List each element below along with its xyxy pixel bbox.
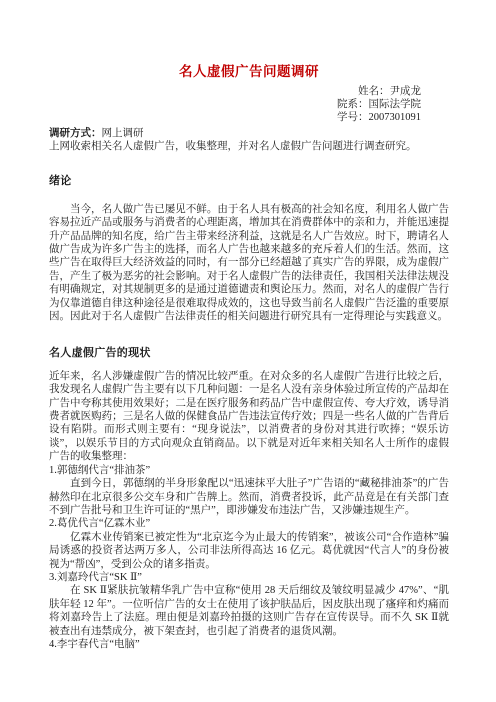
method-line: 调研方式：网上调研 (49, 127, 449, 140)
info-department: 院系：国际法学院 (49, 98, 421, 111)
intro-paragraph: 当今，名人做广告已屡见不鲜。由于名人具有极高的社会知名度，利用名人做广告容易拉近… (49, 203, 449, 324)
case-item-1-body: 直到今日，郭德纲的半身形象配以“迅速抹平大肚子”广告语的“藏秘排油茶”的广告赫然… (49, 477, 449, 517)
method-note: 上网收索相关名人虚假广告，收集整理，并对名人虚假广告问题进行调查研究。 (49, 140, 449, 153)
method-value: 网上调研 (102, 128, 144, 139)
student-info-block: 姓名：尹成龙 院系：国际法学院 学号：2007301091 (49, 85, 449, 125)
case-item-3-title: 3.刘嘉玲代言“SK Ⅱ” (49, 571, 449, 584)
case-item-4-title: 4.李宇春代言“电脑” (49, 638, 449, 651)
method-label: 调研方式： (49, 128, 102, 139)
page-title: 名人虚假广告问题调研 (49, 62, 449, 81)
section-heading-intro: 绪论 (49, 175, 449, 189)
document-content: 名人虚假广告问题调研 姓名：尹成龙 院系：国际法学院 学号：2007301091… (49, 0, 449, 651)
case-item-3-body: 在 SK Ⅱ紧肤抗皱精华乳广告中宣称“使用 28 天后细纹及皱纹明显减少 47%… (49, 584, 449, 638)
info-name: 姓名：尹成龙 (49, 85, 421, 98)
document-page: 名人虚假广告问题调研 姓名：尹成龙 院系：国际法学院 学号：2007301091… (0, 0, 496, 702)
info-student-id: 学号：2007301091 (49, 111, 421, 124)
section-heading-status: 名人虚假广告的现状 (49, 347, 449, 361)
case-item-1-title: 1.郭德纲代言“排油茶” (49, 464, 449, 477)
status-paragraph: 近年来，名人涉嫌虚假广告的情况比较严重。在对众多的名人虚假广告进行比较之后，我发… (49, 370, 449, 464)
case-item-2-title: 2.葛优代言“亿霖木业” (49, 517, 449, 530)
case-item-2-body: 亿霖木业传销案已被定性为“北京迄今为止最大的传销案”，被该公司“合作造林”骗局诱… (49, 531, 449, 571)
